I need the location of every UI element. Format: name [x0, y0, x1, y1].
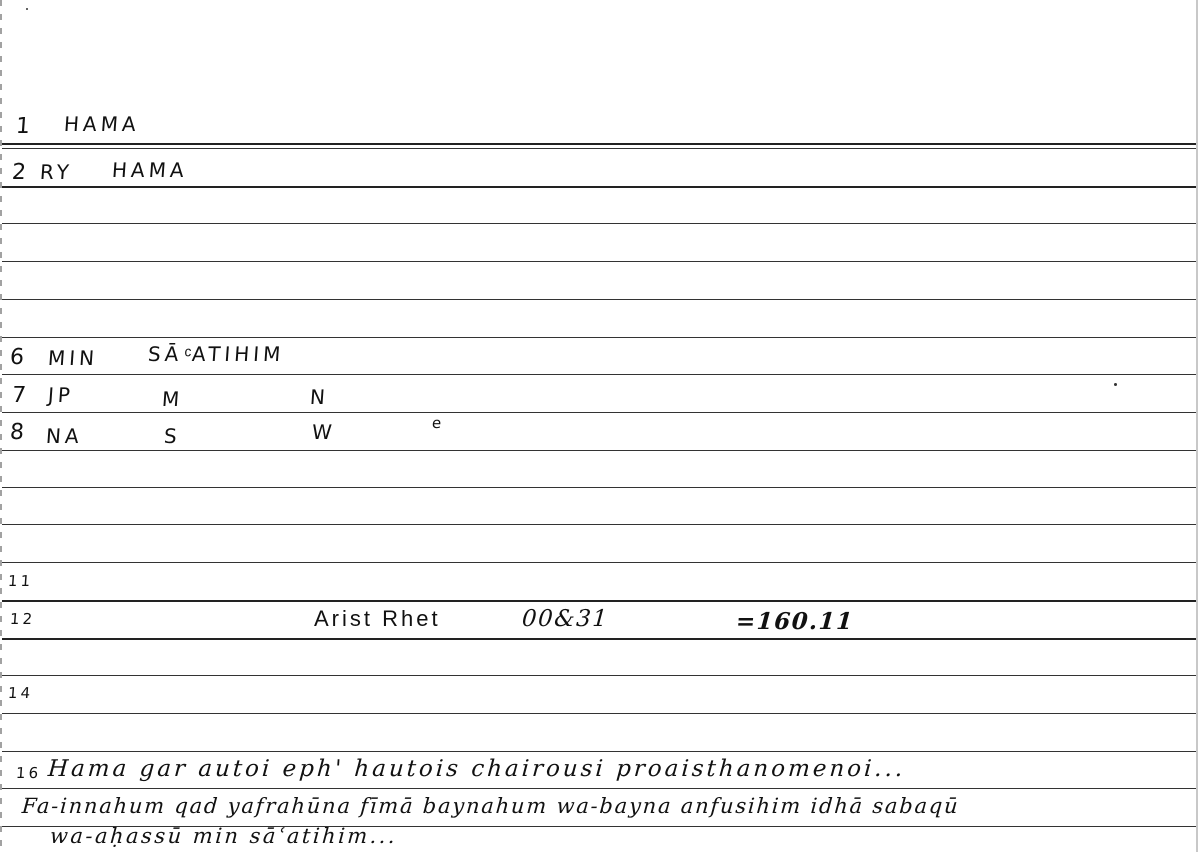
ruled-line [2, 600, 1196, 602]
ruled-line [2, 374, 1196, 375]
ruled-line [2, 638, 1196, 640]
ruled-line [2, 487, 1196, 488]
index-card: 1 HAMA 2 RY HAMA 6 MIN SĀ ͨATIHIM 7 JP M… [0, 0, 1200, 852]
row-number: 8 [9, 420, 28, 445]
arabic-transliteration-line-2: wa-aḥassū min sāʿatihim... [49, 824, 398, 848]
row-col3: W [311, 420, 336, 444]
row-number: 2 [11, 160, 30, 185]
ruled-line [2, 675, 1196, 676]
row-col3: N [309, 385, 330, 409]
row-label: RY [39, 160, 74, 184]
ruled-line [2, 412, 1196, 413]
row-col2: S [163, 424, 181, 448]
citation-equivalent: =160.11 [735, 608, 855, 635]
citation-reference: 00&31 [521, 606, 609, 632]
ruled-line [2, 299, 1196, 300]
card-left-edge [0, 0, 2, 852]
row-label: MIN [47, 346, 99, 370]
ruled-line [2, 186, 1196, 188]
ruled-line [2, 524, 1196, 525]
row-headword: SĀ ͨATIHIM [147, 342, 285, 367]
ruled-line [2, 450, 1196, 451]
ruled-line [2, 223, 1196, 224]
row-col2: M [161, 387, 184, 411]
card-right-edge [1196, 0, 1198, 852]
ruled-line [2, 751, 1196, 752]
row-number: 6 [9, 345, 28, 370]
row-number: 11 [7, 572, 33, 590]
arabic-transliteration-line-1: Fa-innahum qad yafrahūna fīmā baynahum w… [21, 794, 960, 818]
row-number: 14 [7, 684, 33, 702]
ink-speck [26, 8, 28, 10]
ruled-line [2, 562, 1196, 563]
citation-source: Arist Rhet [314, 606, 441, 632]
row-label: JP [47, 383, 75, 407]
ruled-line [2, 337, 1196, 338]
ruled-line [2, 148, 1196, 149]
row-number: 16 [15, 764, 41, 782]
row-number: 1 [15, 114, 34, 139]
row-headword: HAMA [111, 158, 188, 182]
ruled-line [2, 788, 1196, 789]
ruled-line [2, 143, 1196, 145]
greek-transliteration: Hama gar autoi eph' hautois chairousi pr… [47, 756, 906, 782]
row-number: 7 [11, 383, 30, 408]
ink-speck [1114, 383, 1117, 386]
ruled-line [2, 713, 1196, 714]
row-headword: HAMA [63, 112, 140, 136]
row-label: NA [45, 424, 83, 448]
ruled-line [2, 261, 1196, 262]
row-col4: e [431, 414, 444, 432]
row-number: 12 [9, 610, 35, 628]
